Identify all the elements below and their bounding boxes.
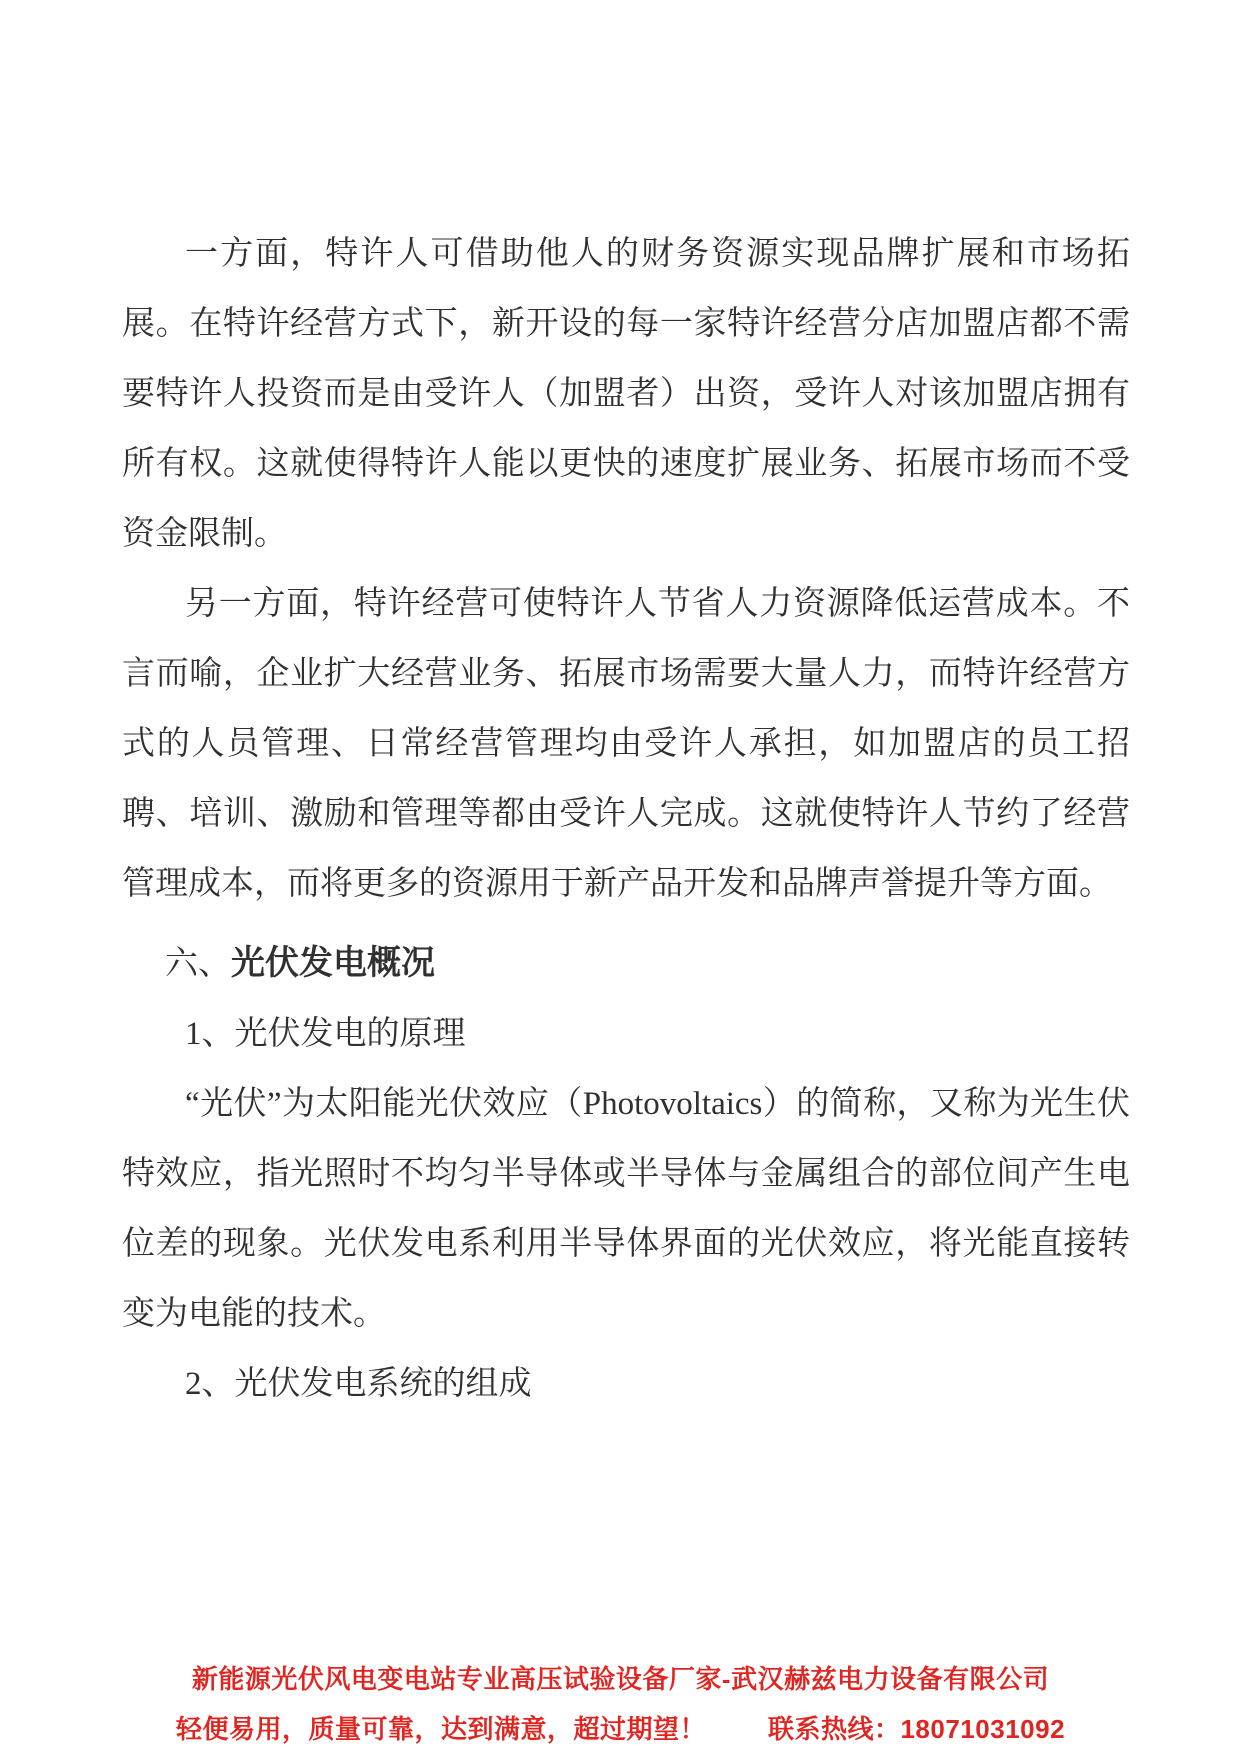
document-page: 一方面，特许人可借助他人的财务资源实现品牌扩展和市场拓展。在特许经营方式下，新开… (0, 0, 1241, 1754)
paragraph-franchise-hr: 另一方面，特许经营可使特许人节省人力资源降低运营成本。不言而喻，企业扩大经营业务… (122, 569, 1130, 919)
section-number: 六、 (165, 946, 231, 982)
section-heading-pv-overview: 六、光伏发电概况 (122, 929, 1130, 999)
footer-ad: 新能源光伏风电变电站专业高压试验设备厂家-武汉赫兹电力设备有限公司 轻便易用，质… (0, 1654, 1241, 1754)
section-title: 光伏发电概况 (231, 945, 435, 982)
footer-company-name: 新能源光伏风电变电站专业高压试验设备厂家-武汉赫兹电力设备有限公司 (0, 1654, 1241, 1704)
footer-hotline: 联系热线：18071031092 (768, 1714, 1065, 1744)
footer-slogan-line: 轻便易用，质量可靠，达到满意，超过期望！联系热线：18071031092 (0, 1704, 1241, 1754)
paragraph-franchise-capital: 一方面，特许人可借助他人的财务资源实现品牌扩展和市场拓展。在特许经营方式下，新开… (122, 219, 1130, 569)
list-item-pv-principle: 1、光伏发电的原理 (122, 999, 1130, 1069)
list-item-pv-system: 2、光伏发电系统的组成 (122, 1349, 1130, 1419)
footer-slogan: 轻便易用，质量可靠，达到满意，超过期望！ (176, 1714, 706, 1744)
paragraph-pv-principle: “光伏”为太阳能光伏效应（Photovoltaics）的简称，又称为光生伏特效应… (122, 1069, 1130, 1349)
document-body: 一方面，特许人可借助他人的财务资源实现品牌扩展和市场拓展。在特许经营方式下，新开… (122, 0, 1130, 1419)
